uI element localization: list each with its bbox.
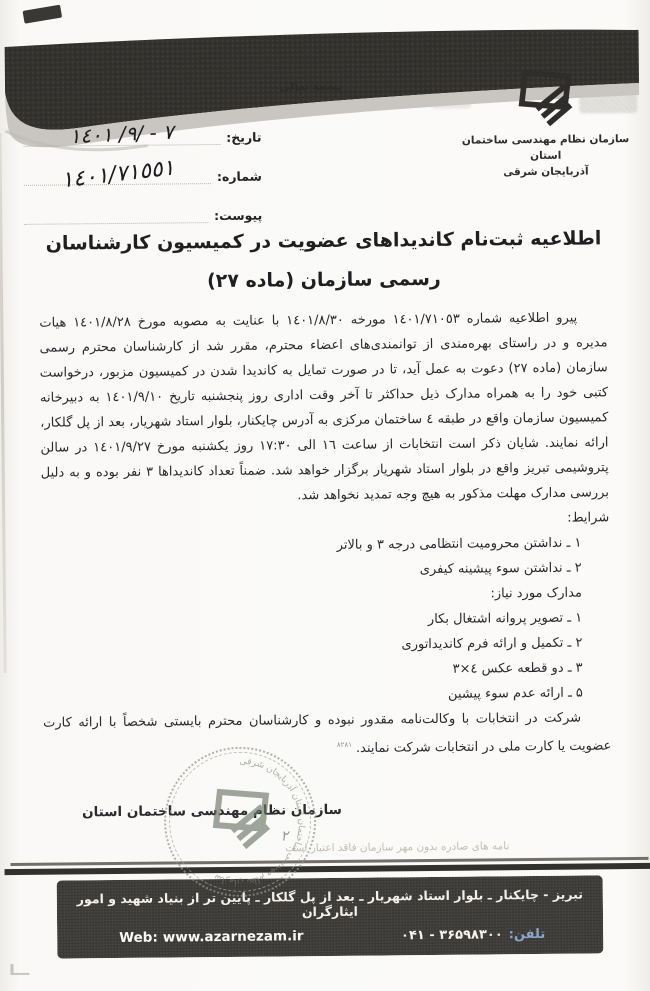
phone-value: ۳۶۵۹۸۳۰۰ - ۰۴۱ [401, 927, 503, 943]
org-name-line2: آذربایجان شرقی [462, 163, 630, 181]
stamp-svg: سازمان نظام مهندسی ساختمان استان آذربایج… [163, 746, 316, 897]
number-field: شماره: ١٤٠١/٧١٥٥١ [24, 158, 262, 186]
scan-edge-streak [0, 133, 7, 673]
footer-address-band: تبریز - چایکنار ـ بلوار استاد شهریار ـ ب… [57, 875, 604, 958]
footer-contact-row: تلفن:۳۶۵۹۸۳۰۰ - ۰۴۱ Web:www.azarnezam.ir [57, 925, 603, 946]
closing-text: شرکت در انتخابات با وکالت‌نامه مقدور نبو… [43, 711, 611, 756]
stamp-handwritten-mark: ٢ [281, 828, 289, 844]
date-field: تاریخ: ٧ - /٩/ ١٤٠١ [23, 119, 261, 147]
org-name-line1: سازمان نظام مهندسی ساختمان استان [461, 131, 629, 165]
closing-tiny-mark: ۸۲۸۱ [337, 741, 352, 749]
org-logo-icon [512, 68, 579, 129]
footer-address: تبریز - چایکنار ـ بلوار استاد شهریار ـ ب… [57, 886, 603, 921]
title-line2: رسمی سازمان (ماده ۲۷) [0, 258, 649, 303]
attachment-field: پیوست: [24, 197, 262, 225]
main-paragraph: پیرو اطلاعیه شماره ١٤٠١/٧١٠٥٣ مورخه ١٤٠١… [39, 305, 609, 510]
date-label: تاریخ: [226, 130, 261, 145]
scan-corner-mark [10, 964, 29, 975]
org-letterhead: سازمان نظام مهندسی ساختمان استان آذربایج… [461, 67, 630, 181]
date-handwritten-value: ٧ - /٩/ ١٤٠١ [69, 121, 174, 148]
official-stamp: سازمان نظام مهندسی ساختمان استان آذربایج… [163, 746, 316, 897]
attachment-label: پیوست: [214, 208, 262, 223]
number-handwritten-value: ١٤٠١/٧١٥٥١ [60, 158, 176, 193]
number-label: شماره: [217, 169, 262, 184]
letter-body: پیرو اطلاعیه شماره ١٤٠١/٧١٠٥٣ مورخه ١٤٠١… [39, 305, 611, 764]
number-underline: ١٤٠١/٧١٥٥١ [24, 161, 211, 186]
scanned-letter-sheet: بسمه تعالی سازمان نظام مهندسی ساختمان اس… [0, 0, 650, 988]
closing-paragraph: شرکت در انتخابات با وکالت‌نامه مقدور نبو… [43, 705, 611, 764]
title-line1: اطلاعیه ثبت‌نام کاندیداهای عضویت در کمیس… [0, 219, 649, 264]
web-value: www.azarnezam.ir [163, 928, 304, 945]
phone-label: تلفن: [509, 926, 546, 941]
page-title: اطلاعیه ثبت‌نام کاندیداهای عضویت در کمیس… [0, 219, 649, 303]
web-label: Web: [119, 930, 158, 946]
date-underline: ٧ - /٩/ ١٤٠١ [23, 122, 220, 147]
letter-meta-fields: تاریخ: ٧ - /٩/ ١٤٠١ شماره: ١٤٠١/٧١٥٥١ پی… [23, 119, 262, 238]
footer-phone: تلفن:۳۶۵۹۸۳۰۰ - ۰۴۱ [401, 926, 545, 942]
footer-website: Web:www.azarnezam.ir [119, 928, 303, 946]
besmeleh-text: بسمه تعالی [279, 80, 342, 94]
scan-corner-artifact [23, 5, 63, 24]
